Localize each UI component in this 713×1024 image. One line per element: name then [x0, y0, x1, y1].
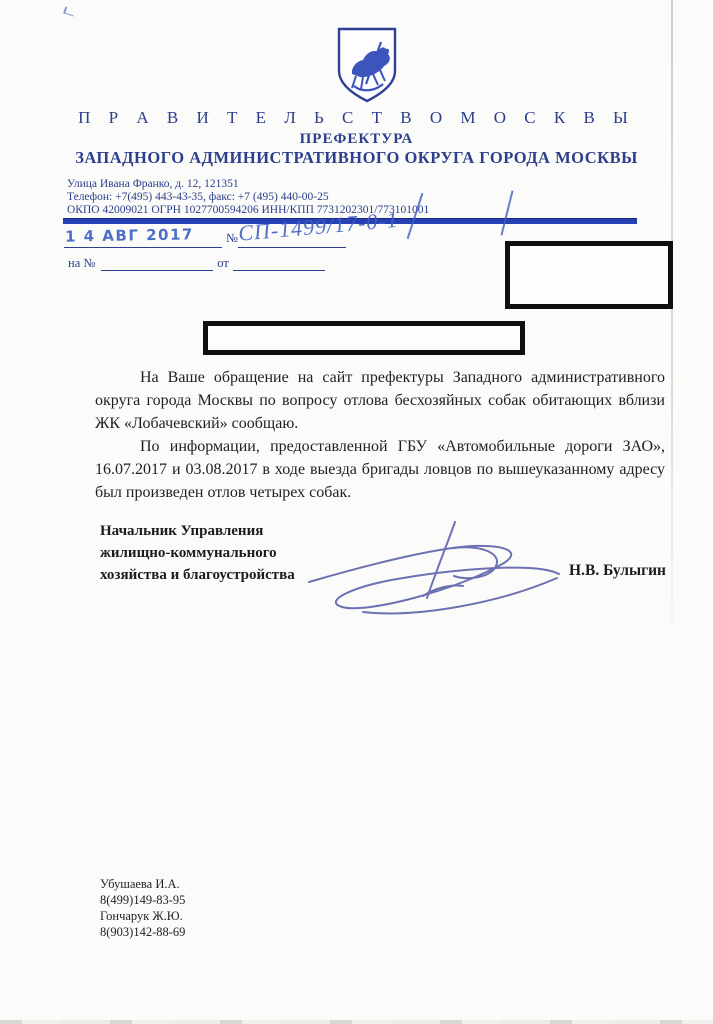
contact2-phone: 8(903)142-88-69: [100, 924, 185, 940]
scan-fold-line: [671, 0, 673, 660]
contact2-name: Гончарук Ж.Ю.: [100, 908, 185, 924]
reply-date-blank-line: [233, 257, 325, 271]
redaction-box-salutation: [203, 321, 525, 355]
number-sign-label: №: [226, 231, 238, 246]
signer-position-line2: жилищно-коммунального: [100, 542, 295, 564]
handwritten-signature: [305, 518, 570, 623]
org-phone-fax: Телефон: +7(495) 443-43-35, факс: +7 (49…: [67, 191, 627, 204]
contact1-phone: 8(499)149-83-95: [100, 892, 185, 908]
redaction-box-addressee: [505, 241, 673, 309]
scan-bottom-edge: [0, 1020, 713, 1024]
org-subtitle-prefecture: ПРЕФЕКТУРА: [0, 131, 713, 148]
body-paragraph-1: На Ваше обращение на сайт префектуры Зап…: [95, 366, 665, 435]
signer-position-line1: Начальник Управления: [100, 520, 295, 542]
reply-na-label: на №: [68, 256, 95, 271]
contact1-name: Убушаева И.А.: [100, 876, 185, 892]
reply-number-blank-line: [101, 257, 213, 271]
signer-position: Начальник Управления жилищно-коммунально…: [100, 520, 295, 586]
signer-position-line3: хозяйства и благоустройства: [100, 564, 295, 586]
number-underline: [238, 247, 346, 248]
reply-ot-label: от: [217, 256, 229, 271]
org-subtitle-district: ЗАПАДНОГО АДМИНИСТРАТИВНОГО ОКРУГА ГОРОД…: [0, 148, 713, 168]
org-header: П Р А В И Т Е Л Ь С Т В О М О С К В Ы: [0, 108, 713, 128]
body-paragraph-2: По информации, предоставленной ГБУ «Авто…: [95, 435, 665, 504]
executor-contacts: Убушаева И.А. 8(499)149-83-95 Гончарук Ж…: [100, 876, 185, 940]
date-stamp: 1 4 АВГ 2017: [65, 224, 245, 245]
letter-body: На Ваше обращение на сайт префектуры Зап…: [95, 366, 665, 504]
signer-name: Н.В. Булыгин: [569, 562, 666, 580]
date-underline: [64, 247, 222, 248]
org-address: Улица Ивана Франко, д. 12, 121351: [67, 178, 627, 191]
scan-pen-mark: [63, 6, 76, 16]
moscow-coat-of-arms-icon: [330, 24, 404, 106]
scanned-letter-page: П Р А В И Т Е Л Ь С Т В О М О С К В Ы ПР…: [0, 0, 713, 1024]
reply-reference-row: на № от: [68, 256, 325, 271]
